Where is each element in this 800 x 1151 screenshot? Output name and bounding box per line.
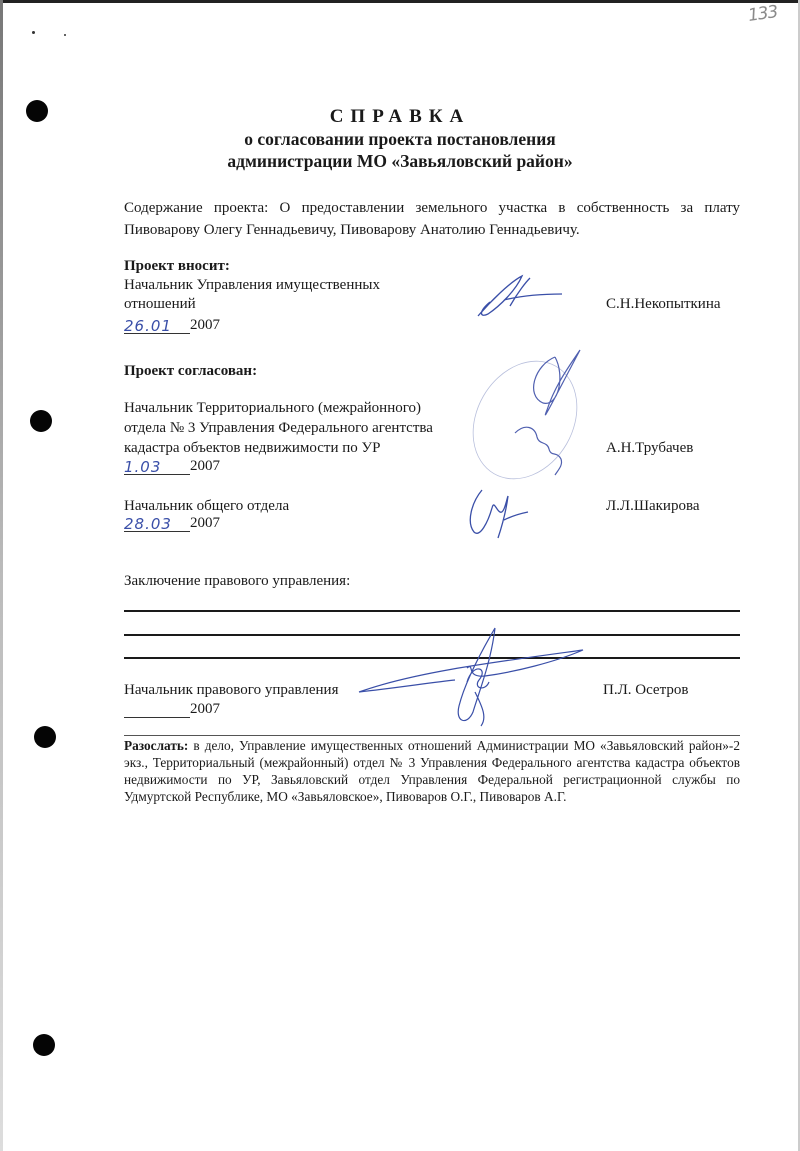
signature-icon xyxy=(462,482,542,542)
distribution-separator xyxy=(124,735,740,736)
approver-2-date: 28.032007 xyxy=(124,514,220,532)
date-year: 2007 xyxy=(190,701,220,717)
scan-speck xyxy=(64,34,66,36)
legal-position: Начальник правового управления xyxy=(124,681,338,699)
page-number: 133 xyxy=(747,2,779,26)
signature-icon xyxy=(470,272,570,322)
date-year: 2007 xyxy=(190,458,220,474)
date-field: 28.03 xyxy=(124,515,190,532)
scan-left-edge xyxy=(0,0,3,1151)
approver-1-position-line-1: Начальник Территориального (межрайонного… xyxy=(124,399,421,417)
date-year: 2007 xyxy=(190,515,220,531)
distribution-text: в дело, Управление имущественных отношен… xyxy=(124,738,740,804)
submitter-name: С.Н.Некопыткина xyxy=(606,295,721,313)
punch-hole-icon xyxy=(30,410,52,432)
approver-1-position-line-3: кадастра объектов недвижимости по УР xyxy=(124,439,380,457)
date-field: 26.01 xyxy=(124,317,190,334)
approver-2-name: Л.Л.Шакирова xyxy=(606,497,700,515)
conclusion-line-1 xyxy=(124,610,740,612)
legal-date: 2007 xyxy=(124,700,220,718)
date-field xyxy=(124,701,190,718)
handwritten-date: 28.03 xyxy=(124,515,172,533)
approver-1-position-line-2: отдела № 3 Управления Федерального агент… xyxy=(124,419,433,437)
scan-top-edge xyxy=(0,0,800,3)
legal-name: П.Л. Осетров xyxy=(603,681,688,699)
legal-conclusion-label: Заключение правового управления: xyxy=(124,572,350,590)
handwritten-date: 26.01 xyxy=(124,317,172,335)
title-line-1: о согласовании проекта постановления xyxy=(0,128,800,150)
date-year: 2007 xyxy=(190,317,220,333)
project-content: Содержание проекта: О предоставлении зем… xyxy=(124,197,740,241)
date-field: 1.03 xyxy=(124,458,190,475)
approver-1-name: А.Н.Трубачев xyxy=(606,439,693,457)
punch-hole-icon xyxy=(33,1034,55,1056)
document-title: СПРАВКА о согласовании проекта постановл… xyxy=(0,106,800,172)
submitter-position-line-1: Начальник Управления имущественных xyxy=(124,276,380,294)
approved-heading: Проект согласован: xyxy=(124,362,257,380)
submitted-heading: Проект вносит: xyxy=(124,257,230,275)
submitter-position-line-2: отношений xyxy=(124,295,196,313)
scan-speck xyxy=(32,31,35,34)
signature-icon xyxy=(355,622,605,732)
punch-hole-icon xyxy=(34,726,56,748)
distribution-label: Разослать: xyxy=(124,738,188,753)
approver-1-date: 1.032007 xyxy=(124,457,220,475)
signature-icon xyxy=(455,345,605,485)
submitter-date: 26.012007 xyxy=(124,316,220,334)
title-line-2: администрации МО «Завьяловский район» xyxy=(0,150,800,172)
handwritten-date: 1.03 xyxy=(124,458,161,476)
approver-2-position: Начальник общего отдела xyxy=(124,497,289,515)
distribution-list: Разослать: в дело, Управление имуществен… xyxy=(124,737,740,805)
title-main: СПРАВКА xyxy=(0,106,800,128)
